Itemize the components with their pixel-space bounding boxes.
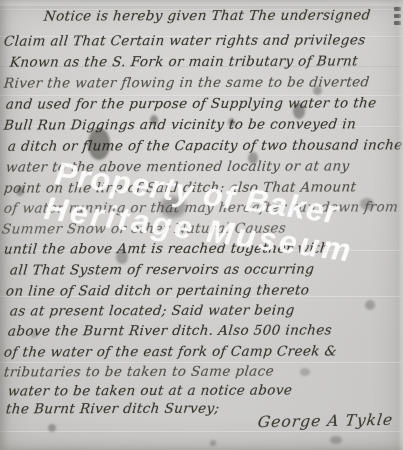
manuscript-line: Summer Snow or other Natural Causes [1, 221, 287, 238]
manuscript-page: Notice is hereby given That The undersig… [0, 0, 403, 450]
ink-blot [300, 368, 310, 376]
manuscript-line: above the Burnt River ditch. Also 500 in… [7, 322, 333, 339]
manuscript-line: water to be taken out at a notice above [7, 383, 293, 400]
manuscript-line: of water running or that may hereafter r… [3, 199, 399, 216]
paper-edge-top [0, 0, 403, 6]
manuscript-line: Claim all That Certain water rights and … [3, 32, 366, 49]
ink-blot [365, 300, 375, 310]
manuscript-line: River the water flowing in the same to b… [3, 74, 370, 91]
ink-blot [210, 440, 216, 446]
manuscript-line: the Burnt River ditch Survey; [5, 401, 220, 418]
manuscript-line: tributaries to be taken to Same place [3, 364, 275, 381]
paper-crease [0, 431, 403, 433]
manuscript-line: all That System of reservoirs as occurri… [9, 261, 315, 278]
manuscript-line: a ditch or flume of the Capacity of two … [7, 137, 403, 154]
manuscript-line: point on the line of Said ditch; also Th… [3, 179, 357, 196]
manuscript-line: and used for the purpose of Supplying wa… [5, 95, 377, 112]
manuscript-line: as at present located; Said water being [9, 303, 295, 320]
manuscript-line: on line of Said ditch or pertaining ther… [5, 282, 310, 299]
manuscript-line: until the above Amt is reached together … [3, 240, 330, 257]
manuscript-line: Known as the S. Fork or main tributary o… [9, 53, 359, 70]
manuscript-line: Notice is hereby given That The undersig… [43, 7, 371, 24]
manuscript-line: of the water of the east fork of Camp Cr… [3, 343, 338, 360]
paper-edge-right [398, 0, 403, 450]
manuscript-line: Bull Run Diggings and vicinity to be con… [3, 116, 357, 133]
ink-blot [330, 436, 342, 444]
signature: George A Tykle [257, 411, 395, 431]
manuscript-line: water to the above mentioned locality or… [5, 158, 350, 175]
